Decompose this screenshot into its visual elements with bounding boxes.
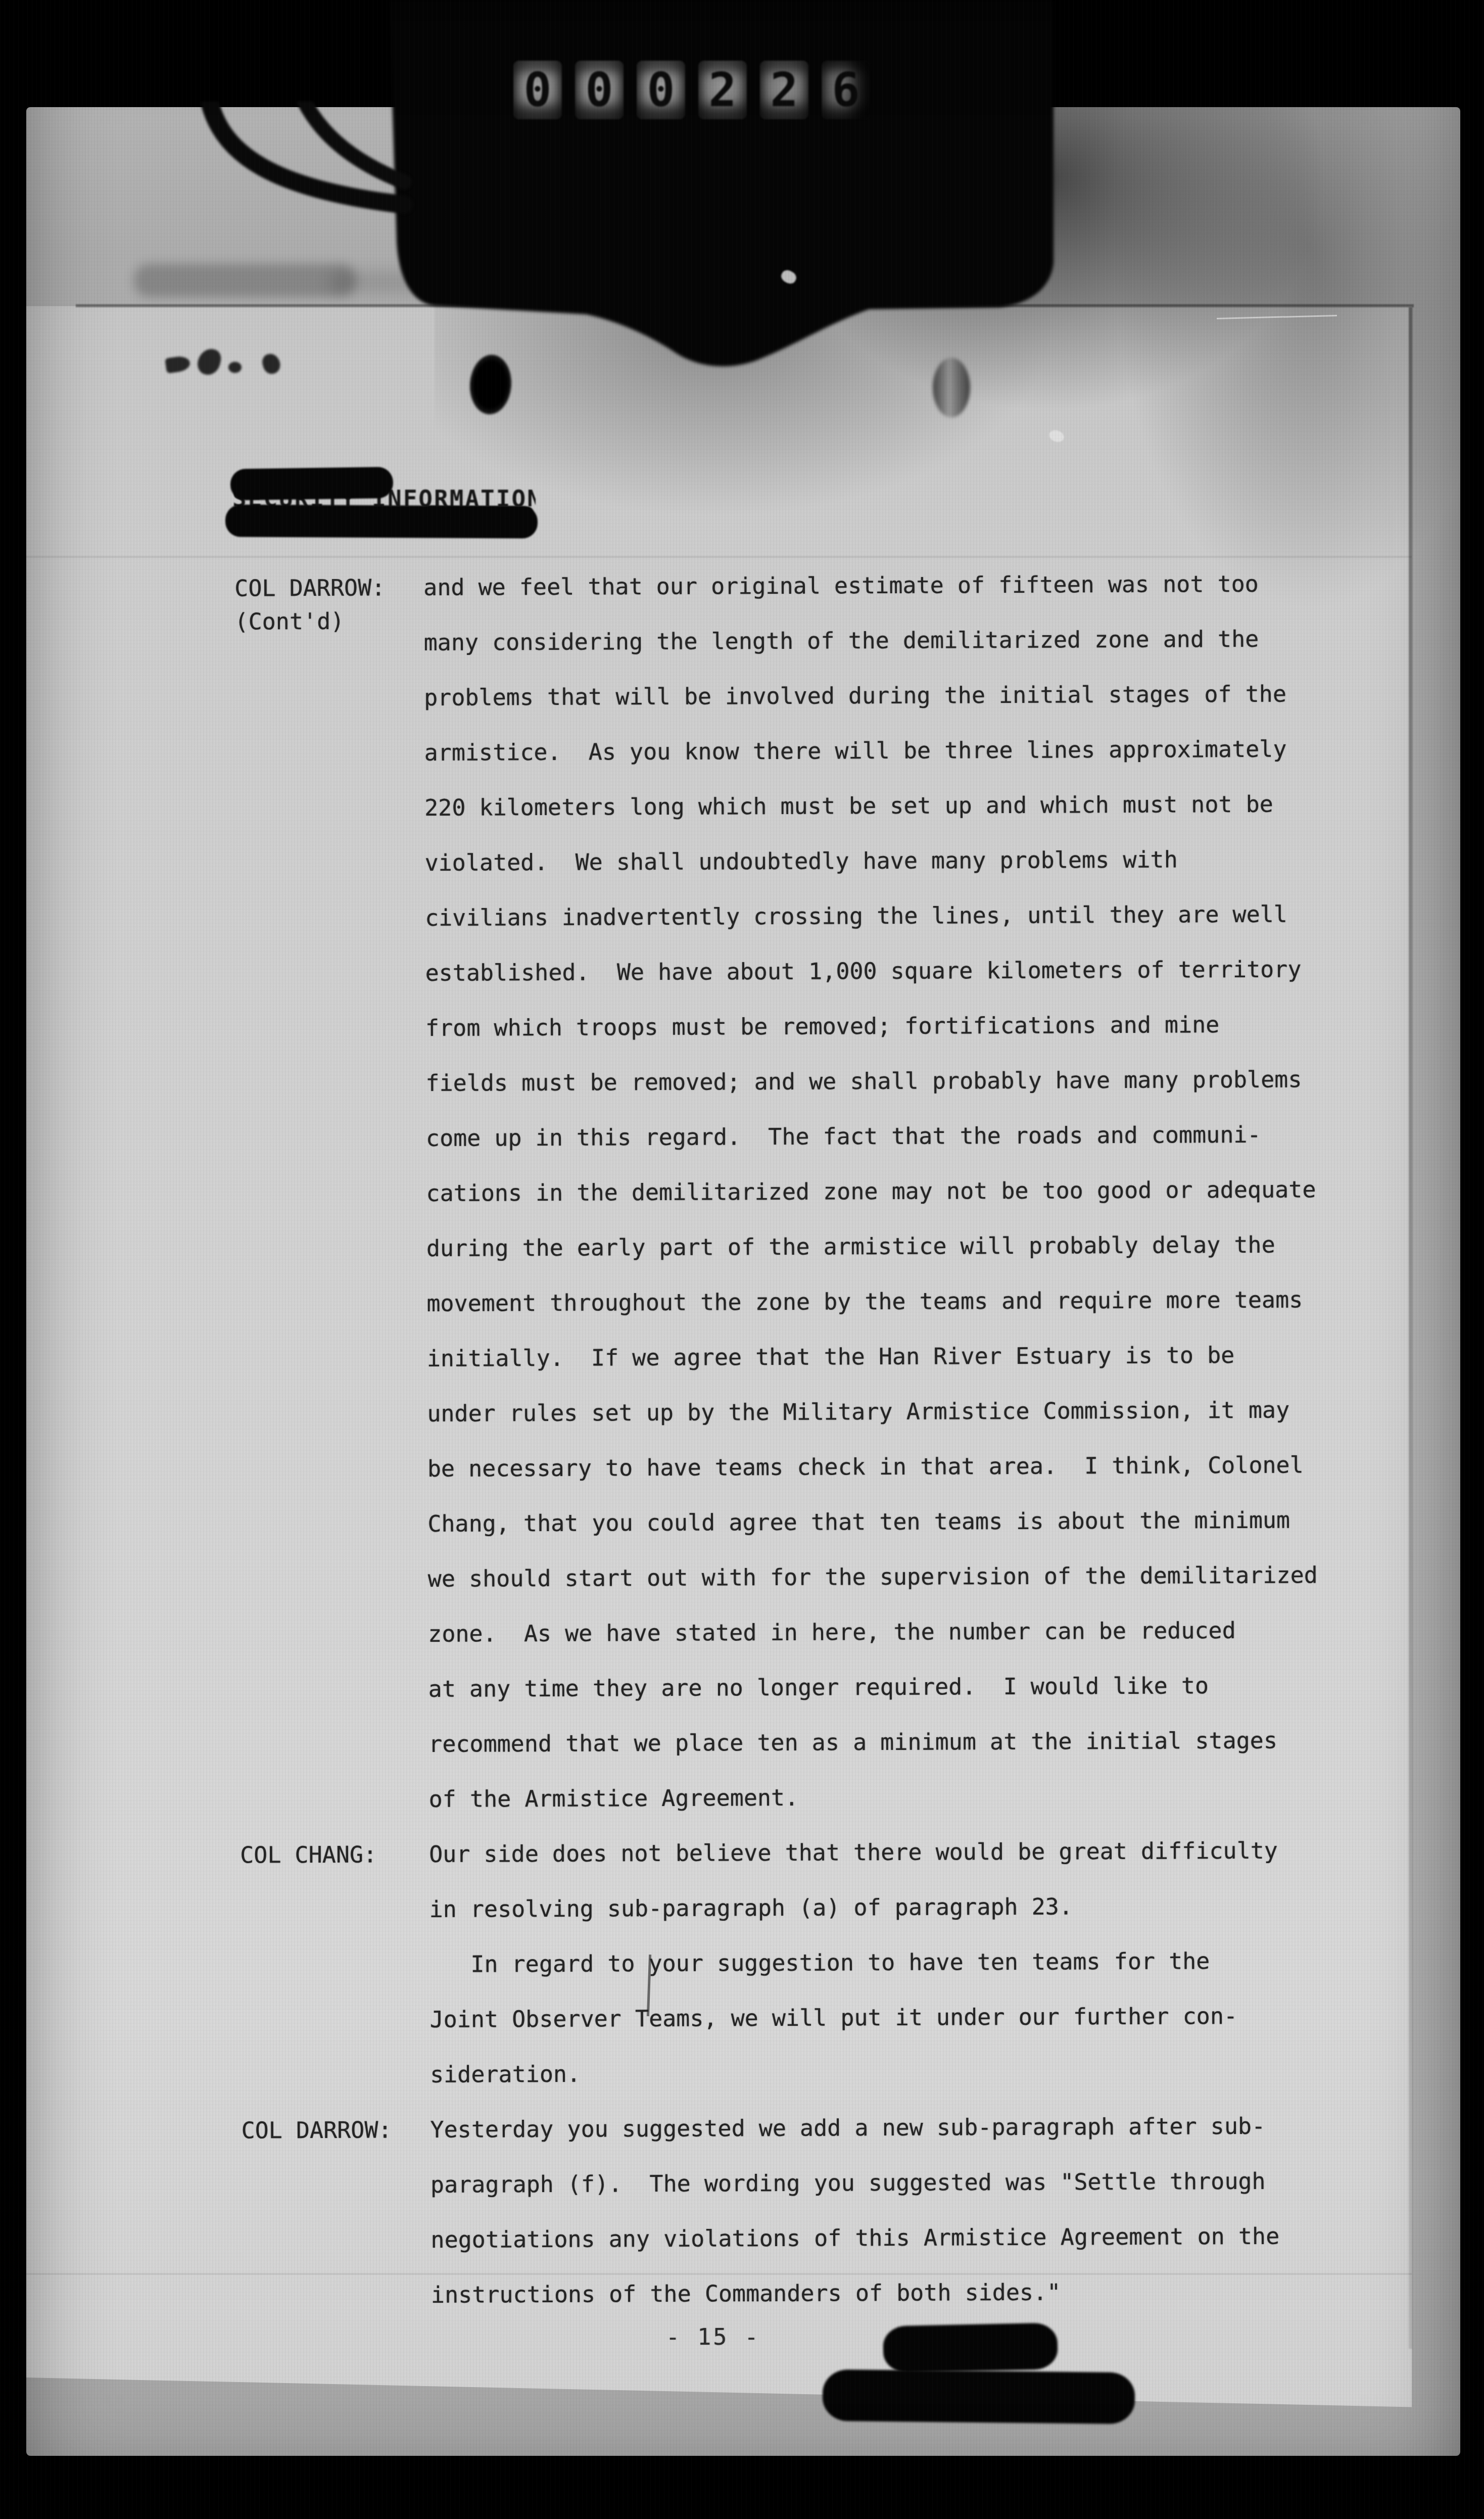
transcript-line: and we feel that our original estimate o… (423, 556, 1363, 615)
redaction-bar (230, 467, 394, 500)
obliterated-stamp (883, 2322, 1058, 2372)
transcript-line: many considering the length of the demil… (423, 611, 1363, 670)
obliterated-stamp (822, 2369, 1135, 2424)
counter-digit-wheel: 0 (637, 61, 685, 119)
speaker-label: COL CHANG: (240, 1827, 377, 1882)
counter-digit-wheel: 2 (760, 61, 808, 119)
transcript-line: problems that will be involved during th… (424, 666, 1364, 725)
transcript-line: at any time they are no longer required.… (428, 1657, 1368, 1717)
transcript-line: movement throughout the zone by the team… (426, 1272, 1366, 1331)
speaker-contd-label: (Cont'd) (234, 594, 344, 649)
transcript-line: armistice. As you know there will be thr… (424, 721, 1364, 780)
transcript-line: under rules set up by the Military Armis… (427, 1382, 1367, 1441)
transcript-line: In regard to your suggestion to have ten… (429, 1933, 1369, 1992)
transcript-line: negotiations any violations of this Armi… (430, 2208, 1370, 2267)
transcript-line: we should start out with for the supervi… (428, 1547, 1368, 1606)
transcript-line: initially. If we agree that the Han Rive… (427, 1327, 1367, 1386)
page-number: - 15 - (666, 2323, 760, 2350)
transcript-line: from which troops must be removed; forti… (425, 996, 1365, 1056)
transcript-line: civilians inadvertently crossing the lin… (425, 886, 1365, 945)
transcript-line: be necessary to have teams check in that… (427, 1437, 1367, 1496)
transcript-line: recommend that we place ten as a minimum… (428, 1713, 1368, 1772)
transcript-line: Yesterday you suggested we add a new sub… (430, 2098, 1370, 2157)
transcript-line: zone. As we have stated in here, the num… (428, 1602, 1368, 1661)
counter-digit-wheel: 2 (698, 61, 747, 119)
counter-digit-wheel: 6 (822, 61, 870, 119)
transcript-line: during the early part of the armistice w… (426, 1217, 1366, 1276)
transcript-entry: COL DARROW:(Cont'd)and we feel that our … (423, 556, 1369, 1827)
speaker-label: COL DARROW: (241, 2102, 392, 2158)
redaction-strike-line (424, 506, 533, 518)
transcript-line: in resolving sub-paragraph (a) of paragr… (429, 1878, 1369, 1937)
counter-digit-wheel: 0 (575, 61, 624, 119)
transcript-entry: COL CHANG:Our side does not believe that… (429, 1823, 1370, 2102)
transcript-line: Joint Observer Teams, we will put it und… (429, 1988, 1369, 2047)
frame-counter: 000226 (513, 61, 870, 119)
transcript-line: Our side does not believe that there wou… (429, 1823, 1369, 1882)
transcript-entry: COL DARROW:Yesterday you suggested we ad… (430, 2098, 1371, 2322)
transcript: COL DARROW:(Cont'd)and we feel that our … (423, 556, 1371, 2322)
page-right-edge-line (1409, 307, 1412, 2349)
transcript-line: violated. We shall undoubtedly have many… (424, 831, 1364, 890)
transcript-line: established. We have about 1,000 square … (425, 941, 1365, 1001)
microfilm-scan: SECURITY INFORMATION COL DARROW:(Cont'd)… (0, 0, 1484, 2519)
smudge-band (134, 264, 356, 297)
transcript-line: instructions of the Commanders of both s… (431, 2263, 1371, 2322)
transcript-line: of the Armistice Agreement. (428, 1768, 1368, 1827)
transcript-line: paragraph (f). The wording you suggested… (430, 2153, 1370, 2212)
transcript-line: fields must be removed; and we shall pro… (425, 1052, 1365, 1111)
transcript-line: cations in the demilitarized zone may no… (426, 1162, 1366, 1221)
counter-digit-wheel: 0 (513, 61, 562, 119)
transcript-line: Chang, that you could agree that ten tea… (427, 1492, 1367, 1551)
microfilm-device (374, 0, 1081, 394)
cable-icon (167, 101, 450, 263)
transcript-line: 220 kilometers long which must be set up… (424, 776, 1364, 835)
transcript-line: sideration. (430, 2043, 1370, 2102)
ink-smudge (228, 362, 242, 373)
transcript-line: come up in this regard. The fact that th… (426, 1107, 1366, 1166)
